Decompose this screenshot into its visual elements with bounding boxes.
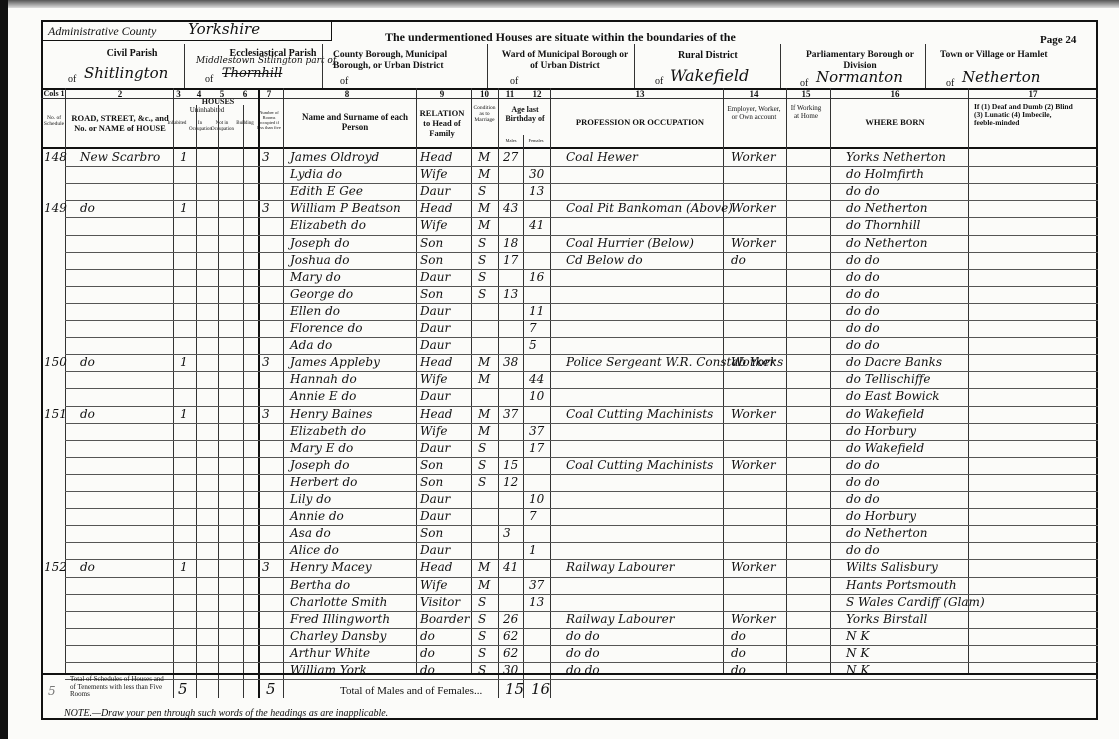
marital-condition: S	[478, 184, 486, 198]
occupation: Coal Hewer	[566, 150, 638, 164]
rural-district-label: Rural District	[678, 50, 738, 61]
birthplace: N K	[846, 629, 869, 643]
relation: Daur	[420, 338, 450, 352]
row-divider	[65, 525, 1098, 526]
age-female: 1	[529, 543, 537, 557]
relation: do	[420, 629, 435, 643]
row-divider	[65, 320, 1098, 321]
relation: Wife	[420, 218, 448, 232]
person-name: Mary do	[290, 270, 341, 284]
of-label: of	[205, 74, 213, 85]
of-label: of	[340, 76, 348, 87]
birthplace: do do	[846, 475, 880, 489]
age-male: 27	[503, 150, 518, 164]
row-divider	[65, 183, 1098, 184]
of-label: of	[655, 76, 663, 87]
row-divider	[65, 423, 1098, 424]
person-name: Ada do	[290, 338, 332, 352]
row-divider	[65, 679, 1098, 680]
occupation: do do	[566, 646, 600, 660]
age-male: 18	[503, 236, 518, 250]
row-divider	[65, 269, 1098, 270]
relation: Son	[420, 458, 443, 472]
grid-line	[968, 88, 969, 673]
person-name: Elizabeth do	[290, 218, 366, 232]
person-name: James Oldroyd	[290, 150, 379, 164]
col-header-uninhabited: Uninhabited	[182, 106, 232, 115]
birthplace: N K	[846, 646, 869, 660]
relation: Daur	[420, 304, 450, 318]
relation: Boarder	[420, 612, 469, 626]
hamlet-label: Town or Village or Hamlet	[940, 50, 1048, 60]
rooms-count: 3	[262, 201, 270, 215]
row-divider	[65, 491, 1098, 492]
of-label: of	[68, 74, 76, 85]
marital-condition: S	[478, 595, 486, 609]
age-male: 43	[503, 201, 518, 215]
relation: Head	[420, 150, 452, 164]
birthplace: do do	[846, 338, 880, 352]
person-name: Charlotte Smith	[290, 595, 387, 609]
birthplace: do do	[846, 253, 880, 267]
admin-county-value: Yorkshire	[188, 20, 260, 38]
row-divider	[65, 388, 1098, 389]
marital-condition: S	[478, 253, 486, 267]
schedule-number: 152	[44, 560, 67, 574]
page-number: Page 24	[1040, 34, 1076, 46]
person-name: Henry Macey	[290, 560, 372, 574]
grid-line	[196, 105, 197, 698]
col-header-building: Building	[234, 121, 256, 127]
age-female: 30	[529, 167, 544, 181]
inhabited-count: 1	[180, 150, 188, 164]
marital-condition: S	[478, 458, 486, 472]
marital-condition: S	[478, 646, 486, 660]
marital-condition: M	[478, 372, 490, 386]
marital-condition: M	[478, 150, 490, 164]
relation: Wife	[420, 372, 448, 386]
divider	[487, 44, 488, 88]
row-divider	[65, 303, 1098, 304]
birthplace: do do	[846, 321, 880, 335]
col-header-infirmity: If (1) Deaf and Dumb (2) Blind (3) Lunat…	[974, 103, 1074, 127]
hamlet-value: Netherton	[962, 68, 1040, 86]
person-name: Charley Dansby	[290, 629, 386, 643]
marital-condition: S	[478, 441, 486, 455]
employment-status: Worker	[731, 560, 776, 574]
grid-line	[498, 88, 499, 698]
divider	[925, 44, 926, 88]
row-divider	[65, 542, 1098, 543]
age-female: 13	[529, 184, 544, 198]
grid-line	[830, 88, 831, 673]
birthplace: do East Bowick	[846, 389, 940, 403]
schedule-number: 148	[44, 150, 67, 164]
birthplace: do Wakefield	[846, 407, 924, 421]
header-bottom-rule	[41, 147, 1098, 149]
birthplace: do do	[846, 492, 880, 506]
employment-status: Worker	[731, 355, 776, 369]
person-name: Joseph do	[290, 236, 349, 250]
relation: Son	[420, 287, 443, 301]
inhabited-count: 1	[180, 355, 188, 369]
schedule-number: 149	[44, 201, 67, 215]
county-borough-label: County Borough, Municipal Borough, or Ur…	[333, 50, 483, 72]
age-female: 5	[529, 338, 537, 352]
person-name: Henry Baines	[290, 407, 372, 421]
marital-condition: S	[478, 612, 486, 626]
inhabited-count: 1	[180, 407, 188, 421]
relation: Wife	[420, 578, 448, 592]
col-header-condition: Condition as to Marriage	[472, 105, 497, 123]
row-divider	[65, 337, 1098, 338]
person-name: Herbert do	[290, 475, 357, 489]
age-male: 37	[503, 407, 518, 421]
total-schedules-label: Total of Schedules of Houses and of Tene…	[70, 676, 170, 699]
person-name: Annie E do	[290, 389, 356, 403]
scan-left-edge	[0, 0, 8, 739]
relation: do	[420, 646, 435, 660]
col-num: Cols 1	[43, 89, 65, 98]
birthplace: do Netherton	[846, 526, 928, 540]
col-header-name: Name and Surname of each Person	[300, 112, 410, 132]
age-female: 10	[529, 492, 544, 506]
relation: Daur	[420, 321, 450, 335]
age-female: 7	[529, 509, 537, 523]
rural-district-value: Wakefield	[670, 66, 749, 85]
address: do	[80, 201, 95, 215]
col-header-address: ROAD, STREET, &c., and No. or NAME of HO…	[66, 113, 174, 133]
person-name: Elizabeth do	[290, 424, 366, 438]
divider	[322, 44, 323, 88]
civil-parish-label: Civil Parish	[92, 48, 172, 59]
of-label: of	[510, 76, 518, 87]
col-header-not-in-occupation: Not in Occupation	[211, 121, 233, 133]
row-divider	[65, 286, 1098, 287]
person-name: Ellen do	[290, 304, 340, 318]
marital-condition: S	[478, 475, 486, 489]
person-name: Lydia do	[290, 167, 342, 181]
relation: Son	[420, 253, 443, 267]
occupation: Railway Labourer	[566, 612, 675, 626]
age-female: 13	[529, 595, 544, 609]
admin-county-label: Administrative County	[48, 24, 156, 39]
age-male: 26	[503, 612, 518, 626]
occupation: Railway Labourer	[566, 560, 675, 574]
marital-condition: S	[478, 270, 486, 284]
birthplace: do Tellischiffe	[846, 372, 930, 386]
birthplace: do Wakefield	[846, 441, 924, 455]
occupation: Cd Below do	[566, 253, 643, 267]
totals-rule	[41, 673, 1098, 675]
eccl-parish-value: Thornhill	[222, 66, 282, 81]
total-rooms: 5	[266, 680, 276, 698]
person-name: George do	[290, 287, 353, 301]
marital-condition: M	[478, 578, 490, 592]
rooms-count: 3	[262, 560, 270, 574]
divider	[780, 44, 781, 88]
col-header-relation: RELATION to Head of Family	[416, 108, 468, 138]
relation: Wife	[420, 424, 448, 438]
age-male: 17	[503, 253, 518, 267]
inhabited-count: 1	[180, 201, 188, 215]
relation: Daur	[420, 441, 450, 455]
row-divider	[65, 217, 1098, 218]
grid-line	[471, 88, 472, 673]
marital-condition: M	[478, 201, 490, 215]
relation: Daur	[420, 184, 450, 198]
row-divider	[65, 371, 1098, 372]
civil-parish-value: Shitlington	[84, 64, 168, 82]
birthplace: do do	[846, 287, 880, 301]
divider	[41, 40, 331, 41]
col-header-males: Males	[500, 136, 522, 145]
col-header-home: If Working at Home	[788, 104, 824, 120]
marital-condition: S	[478, 236, 486, 250]
age-male: 62	[503, 629, 518, 643]
birthplace: do Horbury	[846, 424, 916, 438]
total-females: 16	[531, 680, 550, 698]
row-divider	[65, 474, 1098, 475]
birthplace: do Horbury	[846, 509, 916, 523]
employment-status: do	[731, 629, 746, 643]
employment-status: Worker	[731, 458, 776, 472]
occupation: do do	[566, 629, 600, 643]
age-female: 7	[529, 321, 537, 335]
relation: Visitor	[420, 595, 460, 609]
relation: Daur	[420, 543, 450, 557]
age-male: 12	[503, 475, 518, 489]
age-male: 41	[503, 560, 518, 574]
marital-condition: M	[478, 560, 490, 574]
relation: Son	[420, 475, 443, 489]
marital-condition: M	[478, 407, 490, 421]
employment-status: do	[731, 253, 746, 267]
relation: Head	[420, 355, 452, 369]
col-header-age: Age last Birthday of	[502, 105, 548, 123]
relation: Son	[420, 236, 443, 250]
age-female: 37	[529, 424, 544, 438]
occupation: Coal Pit Bankoman (Above)	[566, 201, 733, 215]
age-male: 13	[503, 287, 518, 301]
occupation: Coal Cutting Machinists	[566, 458, 713, 472]
grid-line	[65, 88, 66, 673]
person-name: Fred Illingworth	[290, 612, 390, 626]
occupation: Coal Cutting Machinists	[566, 407, 713, 421]
schedule-number: 150	[44, 355, 67, 369]
inhabited-count: 1	[180, 560, 188, 574]
person-name: Bertha do	[290, 578, 350, 592]
birthplace: Yorks Birstall	[846, 612, 927, 626]
birthplace: Hants Portsmouth	[846, 578, 957, 592]
birthplace: Wilts Salisbury	[846, 560, 938, 574]
birthplace: do Netherton	[846, 201, 928, 215]
birthplace: do Holmfirth	[846, 167, 924, 181]
age-male: 38	[503, 355, 518, 369]
row-divider	[65, 508, 1098, 509]
col-header-employment: Employer, Worker, or Own account	[727, 105, 781, 121]
marital-condition: M	[478, 167, 490, 181]
occupation: Coal Hurrier (Below)	[566, 236, 694, 250]
grid-line	[258, 88, 260, 698]
person-name: Joshua do	[290, 253, 350, 267]
relation: Daur	[420, 389, 450, 403]
person-name: Arthur White	[290, 646, 370, 660]
total-schedules: 5	[48, 684, 56, 698]
banner: The undermentioned Houses are situate wi…	[385, 30, 736, 45]
divider	[331, 20, 332, 41]
employment-status: Worker	[731, 612, 776, 626]
person-name: Edith E Gee	[290, 184, 363, 198]
grid-line	[523, 135, 524, 698]
eccl-parish-note: Middlestown Sitlington part of	[196, 56, 336, 66]
birthplace: do do	[846, 270, 880, 284]
person-name: Alice do	[290, 543, 339, 557]
address: do	[80, 560, 95, 574]
row-divider	[65, 440, 1098, 441]
employment-status: Worker	[731, 407, 776, 421]
rooms-count: 3	[262, 407, 270, 421]
person-name: James Appleby	[290, 355, 380, 369]
divider	[634, 44, 635, 88]
total-males: 15	[505, 680, 524, 698]
col-header-rooms: Number of Rooms occupied if less than fi…	[257, 110, 281, 130]
birthplace: do do	[846, 543, 880, 557]
person-name: Annie do	[290, 509, 344, 523]
address: do	[80, 407, 95, 421]
birthplace: S Wales Cardiff (Glam)	[846, 595, 985, 609]
relation: Son	[420, 526, 443, 540]
age-female: 17	[529, 441, 544, 455]
birthplace: Yorks Netherton	[846, 150, 946, 164]
person-name: Joseph do	[290, 458, 349, 472]
age-female: 11	[529, 304, 544, 318]
col-header-occupation: PROFESSION OR OCCUPATION	[560, 118, 720, 127]
birthplace: do Thornhill	[846, 218, 920, 232]
relation: Head	[420, 201, 452, 215]
schedule-number: 151	[44, 407, 67, 421]
col-header-schedule: No. of Schedule	[43, 115, 65, 127]
age-female: 44	[529, 372, 544, 386]
birthplace: do Dacre Banks	[846, 355, 942, 369]
relation: Daur	[420, 270, 450, 284]
grid-line	[416, 88, 417, 673]
total-persons-label: Total of Males and of Females...	[340, 685, 482, 697]
col-header-females: Females	[524, 136, 548, 145]
marital-condition: M	[478, 355, 490, 369]
grid-line	[550, 88, 551, 698]
marital-condition: M	[478, 424, 490, 438]
marital-condition: M	[478, 218, 490, 232]
age-female: 16	[529, 270, 544, 284]
age-female: 41	[529, 218, 544, 232]
parliamentary-value: Normanton	[816, 68, 903, 86]
row-divider	[65, 166, 1098, 167]
person-name: William P Beatson	[290, 201, 401, 215]
col-header-inhabited: Inhabited	[166, 121, 188, 127]
divider	[41, 98, 1098, 99]
age-male: 15	[503, 458, 518, 472]
marital-condition: S	[478, 629, 486, 643]
relation: Wife	[420, 167, 448, 181]
person-name: Asa do	[290, 526, 331, 540]
age-female: 37	[529, 578, 544, 592]
grid-line	[723, 88, 724, 673]
person-name: Hannah do	[290, 372, 357, 386]
person-name: Lily do	[290, 492, 331, 506]
grid-line	[218, 105, 219, 698]
grid-line	[243, 105, 244, 698]
person-name: Florence do	[290, 321, 363, 335]
scan-top-edge	[0, 0, 1119, 8]
total-inhabited: 5	[178, 680, 188, 698]
employment-status: Worker	[731, 236, 776, 250]
divider	[184, 44, 185, 88]
relation: Daur	[420, 492, 450, 506]
person-name: Mary E do	[290, 441, 353, 455]
relation: Head	[420, 407, 452, 421]
birthplace: do Netherton	[846, 236, 928, 250]
employment-status: do	[731, 646, 746, 660]
relation: Head	[420, 560, 452, 574]
grid-line	[786, 88, 787, 673]
footer-note: NOTE.—Draw your pen through such words o…	[64, 708, 388, 719]
employment-status: Worker	[731, 150, 776, 164]
birthplace: do do	[846, 184, 880, 198]
col-header-where-born: WHERE BORN	[830, 118, 960, 127]
grid-line	[173, 88, 174, 698]
col-header-in-occupation: In Occupation	[189, 121, 211, 133]
birthplace: do do	[846, 458, 880, 472]
marital-condition: S	[478, 287, 486, 301]
ward-label: Ward of Municipal Borough or of Urban Di…	[500, 50, 630, 72]
relation: Daur	[420, 509, 450, 523]
birthplace: do do	[846, 304, 880, 318]
age-male: 62	[503, 646, 518, 660]
address: New Scarbro	[80, 150, 160, 164]
age-male: 3	[503, 526, 511, 540]
age-female: 10	[529, 389, 544, 403]
rooms-count: 3	[262, 150, 270, 164]
rooms-count: 3	[262, 355, 270, 369]
address: do	[80, 355, 95, 369]
employment-status: Worker	[731, 201, 776, 215]
grid-line	[283, 88, 284, 698]
